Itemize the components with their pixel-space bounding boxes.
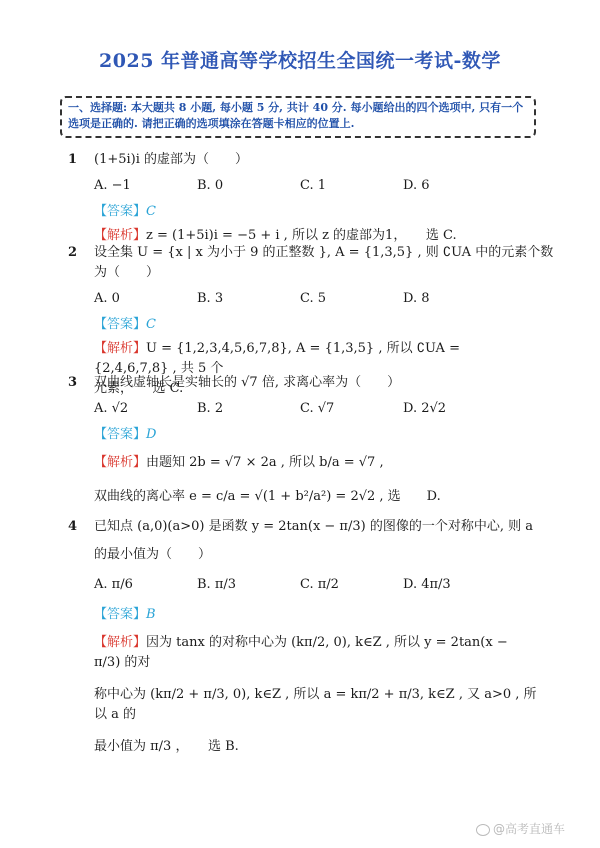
options: A. √2 B. 2 C. √7 D. 2√2 (68, 399, 538, 419)
question-stem: 双曲线虚轴长是实轴长的 √7 倍, 求离心率为（ ） (94, 375, 400, 390)
option-b: B. 2 (197, 399, 300, 419)
analysis-label: 【解析】 (94, 635, 146, 650)
answer: 【答案】C (68, 315, 538, 335)
answer: 【答案】C (68, 202, 538, 222)
question-number: 3 (68, 373, 94, 393)
analysis-label: 【解析】 (94, 341, 146, 356)
analysis: 【解析】由题知 2b = √7 × 2a , 所以 b/a = √7 , (68, 453, 538, 473)
watermark: @高考直通车 (476, 820, 565, 837)
analysis-text-cont: 双曲线的离心率 e = c/a = √(1 + b²/a²) = 2√2 , 选… (68, 487, 538, 507)
option-a: A. −1 (94, 176, 197, 196)
option-d: D. 4π/3 (403, 575, 506, 595)
analysis-text-cont: 称中心为 (kπ/2 + π/3, 0), k∈Z , 所以 a = kπ/2 … (68, 685, 538, 725)
analysis-label: 【解析】 (94, 455, 146, 470)
answer-value: C (146, 204, 156, 219)
option-a: A. π/6 (94, 575, 197, 595)
answer-label: 【答案】 (94, 317, 146, 332)
answer-label: 【答案】 (94, 427, 146, 442)
question-1: 1(1+5i)i 的虚部为（ ） A. −1 B. 0 C. 1 D. 6 【答… (68, 150, 538, 246)
option-d: D. 8 (403, 289, 506, 309)
answer-label: 【答案】 (94, 607, 146, 622)
answer: 【答案】D (68, 425, 538, 445)
analysis-text: U = {1,2,3,4,5,6,7,8}, A = {1,3,5} , 所以 … (94, 341, 460, 376)
analysis-text: 因为 tanx 的对称中心为 (kπ/2, 0), k∈Z , 所以 y = 2… (94, 635, 508, 670)
analysis: 【解析】因为 tanx 的对称中心为 (kπ/2, 0), k∈Z , 所以 y… (68, 633, 538, 673)
option-d: D. 2√2 (403, 399, 506, 419)
option-d: D. 6 (403, 176, 506, 196)
answer-label: 【答案】 (94, 204, 146, 219)
answer-value: D (146, 427, 156, 442)
question-number: 1 (68, 150, 94, 170)
question-stem: 设全集 U = {x | x 为小于 9 的正整数 }, A = {1,3,5}… (94, 245, 553, 260)
option-a: A. √2 (94, 399, 197, 419)
option-c: C. π/2 (300, 575, 403, 595)
analysis-text-cont-2: 最小值为 π/3 ， 选 B. (68, 737, 538, 757)
option-b: B. π/3 (197, 575, 300, 595)
question-3: 3双曲线虚轴长是实轴长的 √7 倍, 求离心率为（ ） A. √2 B. 2 C… (68, 373, 538, 507)
option-b: B. 0 (197, 176, 300, 196)
option-b: B. 3 (197, 289, 300, 309)
analysis-text: z = (1+5i)i = −5 + i , 所以 z 的虚部为1， 选 C. (146, 228, 457, 243)
weibo-icon (476, 824, 490, 836)
answer-value: B (146, 607, 156, 622)
analysis-label: 【解析】 (94, 228, 146, 243)
option-c: C. 5 (300, 289, 403, 309)
question-stem: (1+5i)i 的虚部为（ ） (94, 152, 248, 167)
option-c: C. 1 (300, 176, 403, 196)
question-stem-cont: 为（ ） (68, 263, 538, 283)
question-number: 2 (68, 243, 94, 263)
question-stem-cont: 的最小值为（ ） (68, 545, 538, 565)
watermark-text: @高考直通车 (493, 822, 565, 836)
options: A. −1 B. 0 C. 1 D. 6 (68, 176, 538, 196)
page-title: 2025 年普通高等学校招生全国统一考试-数学 (0, 46, 600, 73)
question-number: 4 (68, 517, 94, 537)
section-instructions: 一、选择题: 本大题共 8 小题, 每小题 5 分, 共计 40 分. 每小题给… (60, 96, 536, 138)
answer: 【答案】B (68, 605, 538, 625)
option-a: A. 0 (94, 289, 197, 309)
options: A. 0 B. 3 C. 5 D. 8 (68, 289, 538, 309)
options: A. π/6 B. π/3 C. π/2 D. 4π/3 (68, 575, 538, 595)
question-4: 4已知点 (a,0)(a>0) 是函数 y = 2tan(x − π/3) 的图… (68, 517, 538, 757)
analysis-text: 由题知 2b = √7 × 2a , 所以 b/a = √7 , (146, 455, 384, 470)
answer-value: C (146, 317, 156, 332)
question-stem: 已知点 (a,0)(a>0) 是函数 y = 2tan(x − π/3) 的图像… (94, 519, 533, 534)
option-c: C. √7 (300, 399, 403, 419)
